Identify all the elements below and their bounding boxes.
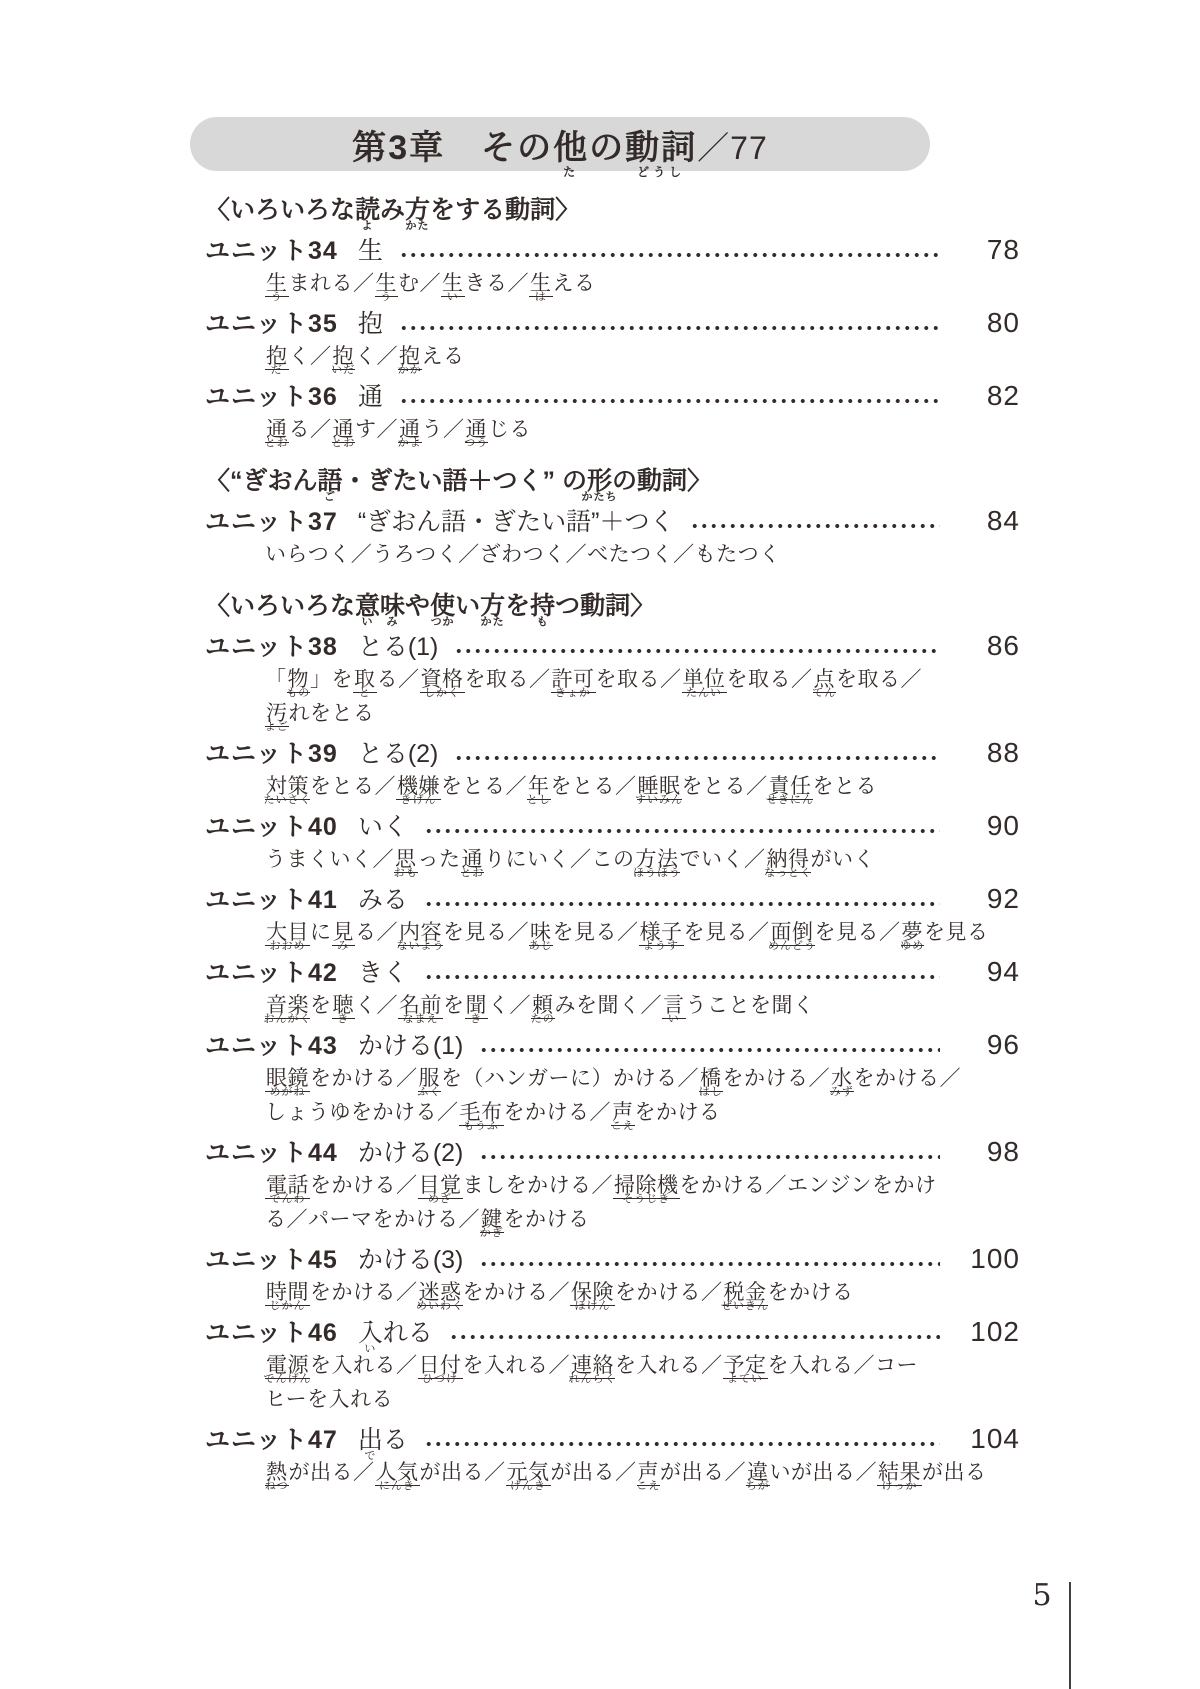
unit-label: ユニット38 — [205, 631, 338, 663]
toc-section: 〈“ぎおん語ご・ぎたい語＋つく” の形かたちの動詞〉ユニット37“ぎおん語・ぎた… — [205, 465, 1020, 572]
dot-leader — [449, 1335, 940, 1339]
annotated-word: 資格しかく — [420, 668, 465, 692]
furigana: はし — [699, 1087, 723, 1098]
toc-section: 〈いろいろな意い味みや使つかい方かたを持もつ動詞〉ユニット38とる(1)86「物… — [205, 590, 1020, 1490]
annotated-word: 電源でんげん — [265, 1354, 310, 1378]
unit-example-list: いらつく／うろつく／ざわつく／べたつく／もたつく — [265, 538, 1020, 572]
unit-label: ユニット34 — [205, 235, 338, 267]
unit-page-number: 80 — [958, 307, 1020, 339]
annotated-word: 読よ — [355, 196, 380, 225]
annotated-word: 目覚めざ — [418, 1174, 463, 1198]
annotated-word: 迷惑めいわく — [418, 1281, 463, 1305]
furigana: みず — [830, 1087, 854, 1098]
unit-example-list: 熱ねつが出る／人気にんきが出る／元気げんきが出る／声こえが出る／違ちがいが出る／… — [265, 1456, 1020, 1490]
furigana: い — [668, 1014, 680, 1025]
furigana: おも — [394, 868, 418, 879]
furigana: つう — [464, 438, 488, 449]
annotated-word: 通とお — [332, 418, 356, 442]
furigana: てん — [812, 688, 836, 699]
unit-example-line: うまくいく／思おもった通とおりにいく／この方法ほうほうでいく／納得なっとくがいく — [265, 843, 1020, 877]
annotated-word: 生は — [529, 272, 553, 296]
annotated-word: 形かたち — [587, 467, 612, 496]
furigana: あじ — [529, 941, 553, 952]
furigana: けっか — [882, 1481, 918, 1492]
dot-leader — [454, 756, 940, 760]
furigana: どうし — [637, 166, 685, 178]
annotated-word: 生い — [441, 272, 465, 296]
annotated-word: 鍵かぎ — [480, 1208, 504, 1232]
furigana: ゆめ — [900, 941, 924, 952]
unit-page-number: 88 — [958, 737, 1020, 769]
unit-example-list: 生うまれる／生うむ／生いきる／生はえる — [265, 267, 1020, 301]
furigana: た — [563, 166, 579, 178]
furigana: ほけん — [575, 1301, 611, 1312]
toc-unit-row: ユニット44かける(2)98 — [205, 1136, 1020, 1169]
furigana: よご — [265, 722, 289, 733]
furigana: じかん — [270, 1301, 306, 1312]
unit-label: ユニット35 — [205, 308, 338, 340]
furigana: かたち — [581, 492, 617, 503]
furigana: めがね — [270, 1087, 306, 1098]
annotated-word: 味み — [380, 592, 405, 621]
section-heading: 〈いろいろな意い味みや使つかい方かたを持もつ動詞〉 — [205, 590, 1020, 622]
annotated-word: 機嫌きげん — [396, 775, 441, 799]
furigana: かた — [406, 221, 430, 232]
annotated-word: 名前なまえ — [398, 994, 443, 1018]
unit-word: 生 — [358, 235, 383, 267]
unit-example-line: 大目おおめに見みる／内容ないようを見る／味あじを見る／様子ようすを見る／面倒めん… — [265, 916, 1020, 950]
annotated-word: 保険ほけん — [570, 1281, 615, 1305]
furigana: かか — [398, 365, 422, 376]
annotated-word: 通とお — [265, 418, 289, 442]
unit-page-number: 82 — [958, 380, 1020, 412]
annotated-word: 味あじ — [529, 921, 553, 945]
unit-word: 入いれる — [358, 1317, 433, 1349]
unit-page-number: 78 — [958, 234, 1020, 266]
annotated-word: 睡眠すいみん — [637, 775, 682, 799]
unit-example-list: 眼鏡めがねをかける／服ふくを（ハンガーに）かける／橋はしをかける／水みずをかける… — [265, 1062, 1020, 1130]
annotated-word: 生う — [375, 272, 399, 296]
toc-unit-row: ユニット46入いれる102 — [205, 1316, 1020, 1349]
furigana: かぎ — [480, 1228, 504, 1239]
annotated-word: 意い — [355, 592, 380, 621]
annotated-word: 方法ほうほう — [635, 848, 680, 872]
annotated-word: 出で — [358, 1426, 383, 1455]
annotated-word: 声こえ — [611, 1101, 635, 1125]
unit-page-number: 94 — [958, 956, 1020, 988]
unit-example-list: 時間じかんをかける／迷惑めいわくをかける／保険ほけんをかける／税金ぜいきんをかけ… — [265, 1276, 1020, 1310]
annotated-word: 生う — [265, 272, 289, 296]
annotated-word: 年とし — [527, 775, 551, 799]
toc-unit-row: ユニット42きく94 — [205, 956, 1020, 989]
unit-page-number: 104 — [958, 1423, 1020, 1455]
furigana: ねつ — [265, 1481, 289, 1492]
toc-unit-row: ユニット34生78 — [205, 234, 1020, 267]
toc-unit-row: ユニット39とる(2)88 — [205, 737, 1020, 770]
furigana: おんがく — [264, 1014, 312, 1025]
furigana: み — [337, 941, 349, 952]
dot-leader — [454, 649, 940, 653]
unit-example-list: 通とおる／通とおす／通かよう／通つうじる — [265, 413, 1020, 447]
toc-unit-row: ユニット37“ぎおん語・ぎたい語”＋つく84 — [205, 505, 1020, 538]
book-toc-page: 第3章 その他たの動詞どうし／77 〈いろいろな読よみ方かたをする動詞〉ユニット… — [0, 0, 1200, 1689]
unit-word: とる(1) — [358, 631, 439, 663]
furigana: ないよう — [397, 941, 445, 952]
toc-unit-row: ユニット36通82 — [205, 380, 1020, 413]
furigana: ご — [324, 492, 336, 503]
furigana: めざ — [428, 1194, 452, 1205]
furigana: よてい — [727, 1374, 763, 1385]
furigana: れんらく — [569, 1374, 617, 1385]
furigana: なっとく — [764, 868, 812, 879]
furigana: ようす — [643, 941, 679, 952]
chapter-start-page: ／77 — [697, 130, 768, 166]
annotated-word: 納得なっとく — [766, 848, 811, 872]
unit-page-number: 90 — [958, 810, 1020, 842]
dot-leader — [399, 253, 940, 257]
annotated-word: 抱いだ — [332, 345, 356, 369]
section-heading: 〈いろいろな読よみ方かたをする動詞〉 — [205, 194, 1020, 226]
annotated-word: 違ちが — [746, 1461, 770, 1485]
unit-label: ユニット46 — [205, 1317, 338, 1349]
furigana: きげん — [401, 795, 437, 806]
annotated-word: 通つう — [465, 418, 489, 442]
chapter-title: 第3章 その他たの動詞どうし／77 — [352, 120, 768, 169]
annotated-word: 点てん — [813, 668, 837, 692]
unit-example-line: 電話でんわをかける／目覚めざましをかける／掃除機そうじきをかける／エンジンをかけ — [265, 1169, 1020, 1203]
furigana: ひづけ — [422, 1374, 458, 1385]
furigana: み — [387, 617, 399, 628]
dot-leader — [690, 524, 940, 528]
unit-example-list: 電話でんわをかける／目覚めざましをかける／掃除機そうじきをかける／エンジンをかけ… — [265, 1169, 1020, 1237]
furigana: こえ — [611, 1121, 635, 1132]
furigana: とお — [460, 868, 484, 879]
unit-page-number: 98 — [958, 1136, 1020, 1168]
annotated-word: 日付ひづけ — [418, 1354, 463, 1378]
section-heading: 〈“ぎおん語ご・ぎたい語＋つく” の形かたちの動詞〉 — [205, 465, 1020, 497]
unit-label: ユニット40 — [205, 811, 338, 843]
unit-example-list: 「物もの」を取とる／資格しかくを取る／許可きょかを取る／単位たんいを取る／点てん… — [265, 663, 1020, 731]
unit-page-number: 86 — [958, 630, 1020, 662]
annotated-word: 予定よてい — [723, 1354, 768, 1378]
unit-example-list: 大目おおめに見みる／内容ないようを見る／味あじを見る／様子ようすを見る／面倒めん… — [265, 916, 1020, 950]
annotated-word: 結果けっか — [877, 1461, 922, 1485]
annotated-word: 思おも — [394, 848, 418, 872]
unit-label: ユニット43 — [205, 1030, 338, 1062]
furigana: ちが — [746, 1481, 770, 1492]
dot-leader — [424, 975, 940, 979]
furigana: めいわく — [416, 1301, 464, 1312]
furigana: ほうほう — [633, 868, 681, 879]
annotated-word: 抱かか — [398, 345, 422, 369]
furigana: たんい — [686, 688, 722, 699]
unit-label: ユニット36 — [205, 381, 338, 413]
unit-example-list: 音楽おんがくを聴きく／名前なまえを聞きく／頼たのみを聞く／言いうことを聞く — [265, 989, 1020, 1023]
footer-vertical-rule — [1069, 1582, 1071, 1689]
furigana: い — [362, 617, 374, 628]
unit-word: 出でる — [358, 1424, 408, 1456]
toc-section: 〈いろいろな読よみ方かたをする動詞〉ユニット34生78生うまれる／生うむ／生いき… — [205, 194, 1020, 447]
annotated-word: 毛布もうふ — [459, 1101, 504, 1125]
unit-label: ユニット39 — [205, 738, 338, 770]
furigana: つか — [431, 617, 455, 628]
furigana: いだ — [331, 365, 355, 376]
annotated-word: 元気げんき — [506, 1461, 551, 1485]
unit-label: ユニット44 — [205, 1137, 338, 1169]
unit-example-line: 時間じかんをかける／迷惑めいわくをかける／保険ほけんをかける／税金ぜいきんをかけ… — [265, 1276, 1020, 1310]
annotated-word: 言い — [662, 994, 686, 1018]
annotated-word: 夢ゆめ — [901, 921, 925, 945]
annotated-word: 熱ねつ — [265, 1461, 289, 1485]
unit-example-line: 電源でんげんを入れる／日付ひづけを入れる／連絡れんらくを入れる／予定よていを入れ… — [265, 1349, 1020, 1383]
annotated-word: 服ふく — [418, 1067, 442, 1091]
base-text: 他 — [553, 129, 589, 167]
unit-label: ユニット45 — [205, 1244, 338, 1276]
toc-unit-row: ユニット41みる92 — [205, 883, 1020, 916]
furigana: おおめ — [270, 941, 306, 952]
toc-unit-row: ユニット47出でる104 — [205, 1423, 1020, 1456]
unit-example-line: 汚よごれをとる — [265, 697, 1020, 731]
unit-example-line: いらつく／うろつく／ざわつく／べたつく／もたつく — [265, 538, 1020, 572]
unit-example-line: 眼鏡めがねをかける／服ふくを（ハンガーに）かける／橋はしをかける／水みずをかける… — [265, 1062, 1020, 1096]
unit-example-line: 熱ねつが出る／人気にんきが出る／元気げんきが出る／声こえが出る／違ちがいが出る／… — [265, 1456, 1020, 1490]
annotated-word: 電話でんわ — [265, 1174, 310, 1198]
unit-example-list: うまくいく／思おもった通とおりにいく／この方法ほうほうでいく／納得なっとくがいく — [265, 843, 1020, 877]
annotated-word: 物もの — [287, 668, 311, 692]
unit-example-list: 電源でんげんを入れる／日付ひづけを入れる／連絡れんらくを入れる／予定よていを入れ… — [265, 1349, 1020, 1417]
footer-page-number: 5 — [1022, 1578, 1062, 1613]
annotated-word: 税金ぜいきん — [723, 1281, 768, 1305]
annotated-word: 方かた — [405, 196, 430, 225]
furigana: めんどう — [768, 941, 816, 952]
furigana: かよ — [398, 438, 422, 449]
unit-example-list: 抱だく／抱いだく／抱かかえる — [265, 340, 1020, 374]
furigana: う — [271, 292, 283, 303]
chapter-header-bar: 第3章 その他たの動詞どうし／77 — [190, 117, 930, 171]
unit-page-number: 100 — [958, 1243, 1020, 1275]
toc-unit-row: ユニット35抱80 — [205, 307, 1020, 340]
annotated-word: 音楽おんがく — [265, 994, 310, 1018]
unit-page-number: 92 — [958, 883, 1020, 915]
annotated-word: 通とお — [461, 848, 485, 872]
furigana: い — [447, 292, 459, 303]
annotated-word: 動詞どうし — [625, 129, 697, 168]
annotated-word: 入い — [358, 1319, 383, 1348]
furigana: せきにん — [766, 795, 814, 806]
dot-leader — [399, 399, 940, 403]
unit-label: ユニット47 — [205, 1424, 338, 1456]
unit-example-line: 通とおる／通とおす／通かよう／通つうじる — [265, 413, 1020, 447]
annotated-word: 水みず — [830, 1067, 854, 1091]
table-of-contents: 〈いろいろな読よみ方かたをする動詞〉ユニット34生78生うまれる／生うむ／生いき… — [205, 194, 1020, 1496]
furigana: は — [535, 292, 547, 303]
unit-label: ユニット42 — [205, 957, 338, 989]
furigana: も — [537, 617, 549, 628]
unit-word: みる — [358, 884, 408, 916]
furigana: い — [364, 1344, 376, 1355]
furigana: う — [380, 292, 392, 303]
toc-unit-row: ユニット43かける(1)96 — [205, 1029, 1020, 1062]
unit-example-line: 抱だく／抱いだく／抱かかえる — [265, 340, 1020, 374]
annotated-word: 他た — [553, 129, 589, 168]
chapter-title-text: 第3章 その他たの動詞どうし — [352, 129, 697, 167]
furigana: き — [337, 1014, 349, 1025]
furigana: よ — [362, 221, 374, 232]
annotated-word: 方かた — [480, 592, 505, 621]
annotated-word: 頼たの — [531, 994, 555, 1018]
dot-leader — [424, 902, 940, 906]
unit-example-list: 対策たいさくをとる／機嫌きげんをとる／年としをとる／睡眠すいみんをとる／責任せき… — [265, 770, 1020, 804]
furigana: とお — [331, 438, 355, 449]
unit-word: “ぎおん語・ぎたい語”＋つく — [358, 506, 675, 538]
furigana: ふく — [417, 1087, 441, 1098]
furigana: とし — [527, 795, 551, 806]
furigana: なまえ — [403, 1014, 439, 1025]
annotated-word: 様子ようす — [639, 921, 684, 945]
furigana: かた — [481, 617, 505, 628]
dot-leader — [479, 1155, 940, 1159]
annotated-word: 時間じかん — [265, 1281, 310, 1305]
annotated-word: 抱だ — [265, 345, 289, 369]
unit-word: 抱 — [358, 308, 383, 340]
annotated-word: 人気にんき — [375, 1461, 420, 1485]
dot-leader — [424, 1442, 940, 1446]
unit-page-number: 96 — [958, 1029, 1020, 1061]
unit-example-line: 「物もの」を取とる／資格しかくを取る／許可きょかを取る／単位たんいを取る／点てん… — [265, 663, 1020, 697]
furigana: とお — [265, 438, 289, 449]
annotated-word: 対策たいさく — [265, 775, 310, 799]
annotated-word: 連絡れんらく — [570, 1354, 615, 1378]
furigana: き — [470, 1014, 482, 1025]
furigana: げんき — [510, 1481, 546, 1492]
unit-example-line: ヒーを入れる — [265, 1383, 1020, 1417]
furigana: ぜいきん — [721, 1301, 769, 1312]
unit-label: ユニット37 — [205, 506, 338, 538]
unit-word: いく — [358, 811, 408, 843]
annotated-word: 使つか — [430, 592, 455, 621]
annotated-word: 語ご — [318, 467, 343, 496]
annotated-word: 通かよ — [398, 418, 422, 442]
furigana: たの — [531, 1014, 555, 1025]
furigana: と — [359, 688, 371, 699]
furigana: だ — [271, 365, 283, 376]
furigana: きょか — [555, 688, 591, 699]
furigana: にんき — [379, 1481, 415, 1492]
unit-page-number: 102 — [958, 1316, 1020, 1348]
toc-unit-row: ユニット40いく90 — [205, 810, 1020, 843]
furigana: もの — [286, 688, 310, 699]
annotated-word: 聴き — [332, 994, 356, 1018]
annotated-word: 橋はし — [699, 1067, 723, 1091]
dot-leader — [424, 829, 940, 833]
unit-word: きく — [358, 957, 408, 989]
furigana: しかく — [424, 688, 460, 699]
furigana: たいさく — [264, 795, 312, 806]
annotated-word: 聞き — [465, 994, 489, 1018]
furigana: そうじき — [622, 1194, 670, 1205]
unit-example-line: る／パーマをかける／鍵かぎをかける — [265, 1203, 1020, 1237]
furigana: でんわ — [270, 1194, 306, 1205]
toc-unit-row: ユニット38とる(1)86 — [205, 630, 1020, 663]
annotated-word: 内容ないよう — [398, 921, 443, 945]
unit-example-line: 音楽おんがくを聴きく／名前なまえを聞きく／頼たのみを聞く／言いうことを聞く — [265, 989, 1020, 1023]
furigana: もうふ — [463, 1121, 499, 1132]
annotated-word: 面倒めんどう — [770, 921, 815, 945]
unit-word: 通 — [358, 381, 383, 413]
dot-leader — [479, 1048, 940, 1052]
unit-example-line: しょうゆをかける／毛布もうふをかける／声こえをかける — [265, 1096, 1020, 1130]
unit-word: かける(3) — [358, 1244, 464, 1276]
dot-leader — [399, 326, 940, 330]
unit-example-line: 対策たいさくをとる／機嫌きげんをとる／年としをとる／睡眠すいみんをとる／責任せき… — [265, 770, 1020, 804]
dot-leader — [479, 1262, 940, 1266]
annotated-word: 大目おおめ — [265, 921, 310, 945]
unit-page-number: 84 — [958, 505, 1020, 537]
furigana: でんげん — [264, 1374, 312, 1385]
unit-example-line: 生うまれる／生うむ／生いきる／生はえる — [265, 267, 1020, 301]
annotated-word: 掃除機そうじき — [613, 1174, 680, 1198]
annotated-word: 声こえ — [637, 1461, 661, 1485]
furigana: こえ — [636, 1481, 660, 1492]
annotated-word: 見み — [332, 921, 356, 945]
annotated-word: 単位たんい — [682, 668, 727, 692]
unit-label: ユニット41 — [205, 884, 338, 916]
annotated-word: 取と — [353, 668, 377, 692]
annotated-word: 汚よご — [265, 702, 289, 726]
base-text: 動詞 — [625, 129, 697, 167]
unit-word: かける(2) — [358, 1137, 464, 1169]
unit-word: かける(1) — [358, 1030, 464, 1062]
unit-word: とる(2) — [358, 738, 439, 770]
annotated-word: 責任せきにん — [768, 775, 813, 799]
annotated-word: 眼鏡めがね — [265, 1067, 310, 1091]
toc-unit-row: ユニット45かける(3)100 — [205, 1243, 1020, 1276]
annotated-word: 許可きょか — [551, 668, 596, 692]
annotated-word: 持も — [530, 592, 555, 621]
furigana: すいみん — [635, 795, 683, 806]
